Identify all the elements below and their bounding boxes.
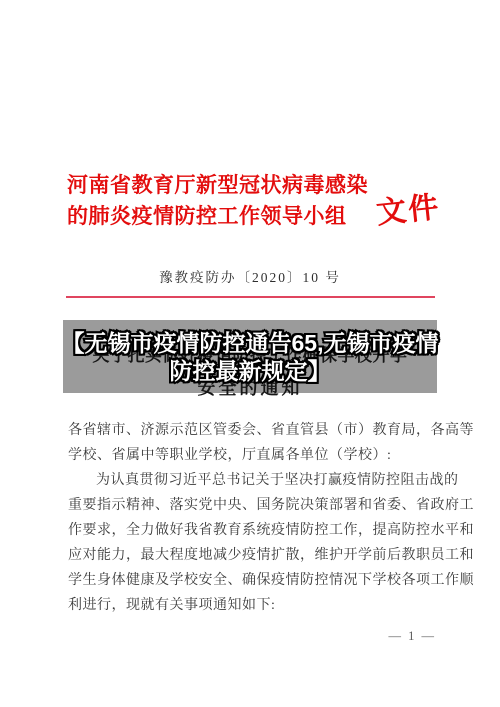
letterhead-doc-type: 文件 <box>374 182 442 232</box>
body-line: 学校、省属中等职业学校，厅直属各单位（学校）: <box>68 443 438 468</box>
notice-body: 各省辖市、济源示范区管委会、省直管县（市）教育局，各高等 学校、省属中等职业学校… <box>68 418 438 618</box>
letterhead-org-line1: 河南省教育厅新型冠状病毒感染 <box>67 170 377 201</box>
body-line: 各省辖市、济源示范区管委会、省直管县（市）教育局，各高等 <box>68 418 438 443</box>
page-number: — 1 — <box>389 629 437 644</box>
letterhead-red-divider <box>66 296 435 298</box>
watermark-caption-line2: 防控最新规定】 <box>170 357 331 385</box>
body-line: 重要指示精神、落实党中央、国务院决策部署和省委、省政府工 <box>68 493 438 518</box>
watermark-caption-line1: 【无锡市疫情防控通告65,无锡市疫情 <box>62 329 439 357</box>
letterhead-org-line2: 的肺炎疫情防控工作领导小组 <box>67 201 377 232</box>
body-line: 利进行，现就有关事项通知如下: <box>68 593 438 618</box>
watermark-caption: 【无锡市疫情防控通告65,无锡市疫情 防控最新规定】 <box>63 320 437 393</box>
body-line: 学生身体健康及学校安全、确保疫情防控情况下学校各项工作顺 <box>68 568 438 593</box>
official-document-page: 河南省教育厅新型冠状病毒感染 的肺炎疫情防控工作领导小组 文件 豫教疫防办〔20… <box>0 0 500 707</box>
letterhead-org-name: 河南省教育厅新型冠状病毒感染 的肺炎疫情防控工作领导小组 <box>67 170 377 232</box>
body-line: 为认真贯彻习近平总书记关于坚决打赢疫情防控阻击战的 <box>68 468 438 493</box>
body-line: 作要求，全力做好我省教育系统疫情防控工作，提高防控水平和 <box>68 518 438 543</box>
body-line: 应对能力，最大程度地减少疫情扩散，维护开学前后教职员工和 <box>68 543 438 568</box>
document-number: 豫教疫防办〔2020〕10 号 <box>0 266 500 286</box>
